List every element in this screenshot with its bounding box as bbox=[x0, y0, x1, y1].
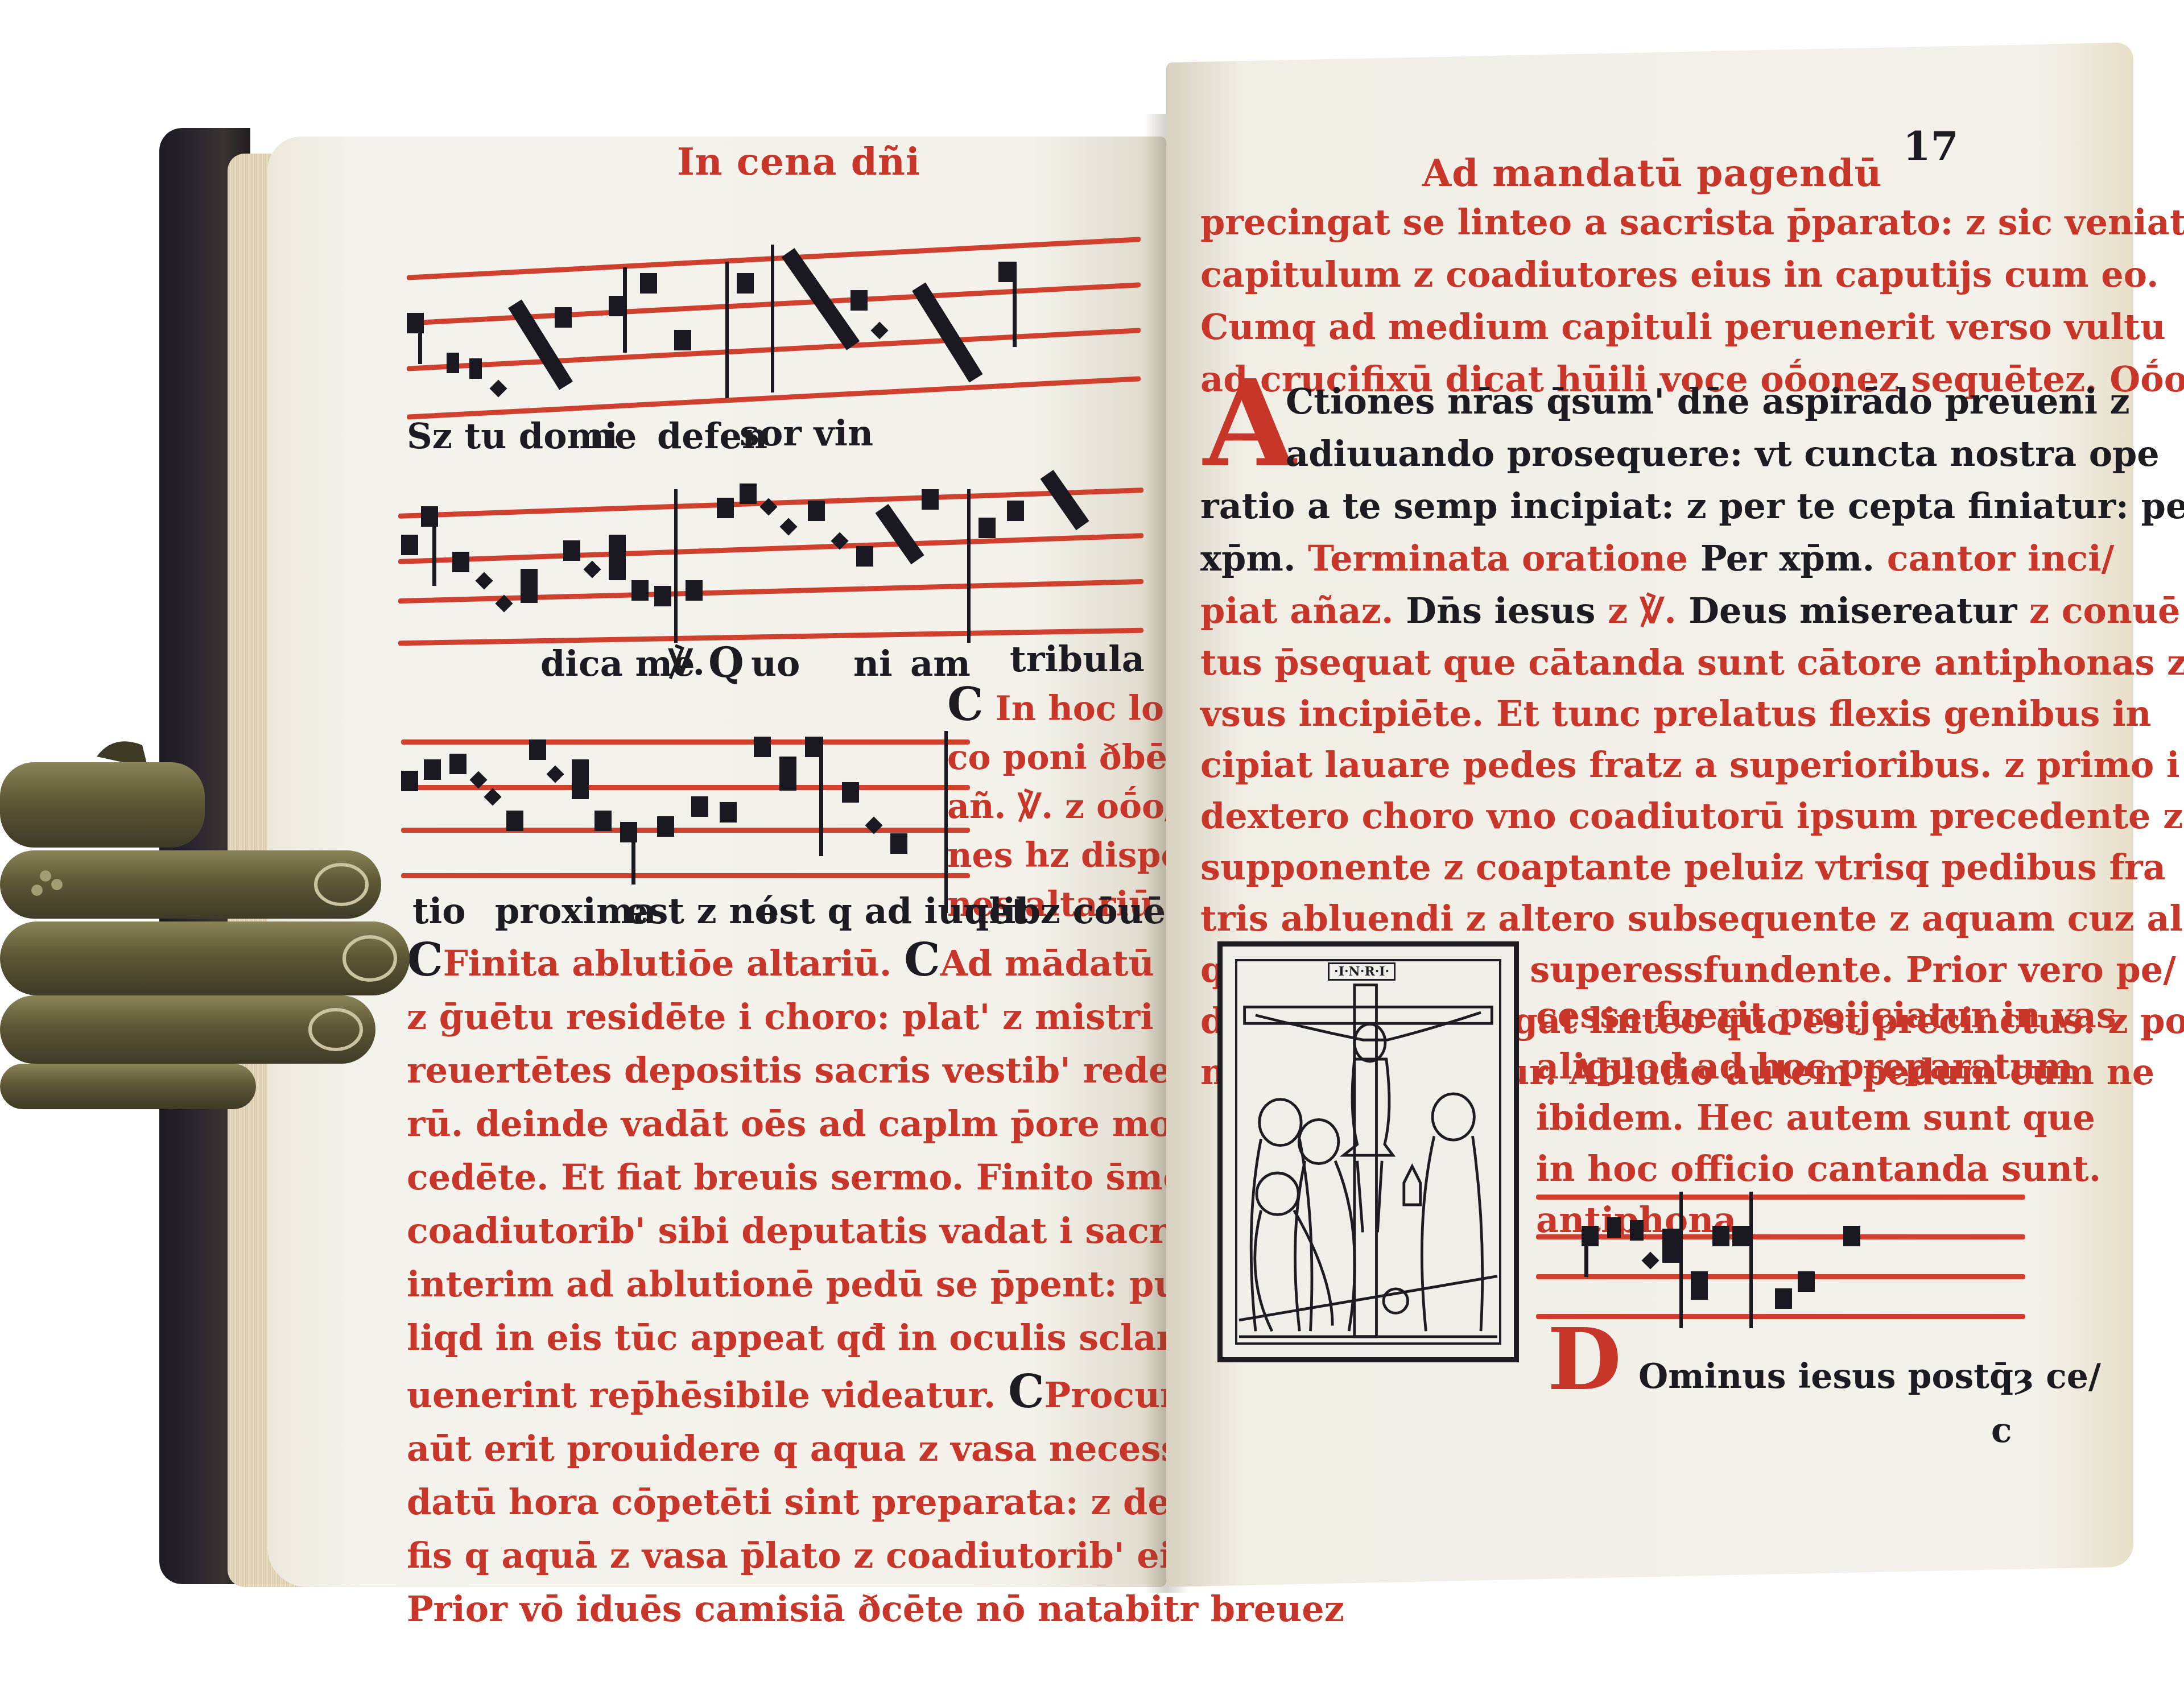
lyric-syllable: uo bbox=[751, 643, 800, 684]
rubric-text: piat añaz. bbox=[1200, 590, 1394, 631]
neume-stem bbox=[819, 737, 823, 856]
signature-mark: c bbox=[1991, 1411, 2012, 1450]
staff-line bbox=[401, 828, 970, 833]
division-bar bbox=[1749, 1192, 1753, 1328]
pilcrow-icon: C bbox=[407, 933, 443, 986]
neume bbox=[609, 535, 626, 580]
chant-staff-1 bbox=[407, 233, 1141, 421]
neume bbox=[1712, 1226, 1729, 1246]
staff-line bbox=[398, 579, 1143, 604]
neume bbox=[842, 782, 859, 803]
text-line: vsus incipiēte. Et tunc prelatus flexis … bbox=[1200, 688, 2184, 739]
text-line: capitulum z coadiutores eius in caputijs… bbox=[1200, 249, 2184, 301]
neume bbox=[594, 811, 612, 831]
neume-ligature bbox=[1041, 470, 1089, 530]
neume bbox=[851, 290, 868, 311]
lyric-syllable: sor vin bbox=[740, 412, 873, 454]
neume bbox=[1798, 1271, 1815, 1292]
division-bar bbox=[771, 245, 774, 392]
lyric-syllable: tio bbox=[412, 890, 466, 932]
neume-stem bbox=[631, 822, 635, 885]
lyric-syllable: Sz tu domi bbox=[407, 415, 618, 457]
neume bbox=[563, 540, 580, 561]
staff-line bbox=[401, 785, 970, 790]
folio-number: 17 bbox=[1903, 122, 1958, 170]
neume bbox=[979, 518, 996, 538]
lyric-syllable: ni bbox=[853, 643, 893, 684]
antiphon-staff bbox=[1536, 1186, 2025, 1323]
rubric-text: z ℣. bbox=[1608, 590, 1677, 631]
rubric-text: Terminata oratione bbox=[1308, 538, 1688, 579]
text-line: ibidem. Hec autem sunt que bbox=[1536, 1092, 2116, 1143]
brass-hand-clip bbox=[0, 722, 410, 1109]
rubric-text: z conuē bbox=[2029, 590, 2181, 631]
neume bbox=[1843, 1226, 1860, 1246]
neume bbox=[1775, 1288, 1792, 1309]
hand-clip-icon bbox=[0, 722, 410, 1109]
neume bbox=[808, 501, 825, 521]
decorated-initial-a: A bbox=[1203, 364, 1296, 483]
text-line: Finita ablutiōe altariū. bbox=[443, 943, 892, 984]
neume bbox=[631, 580, 649, 601]
text-line: aliquod ad hoc preparatum bbox=[1536, 1041, 2116, 1092]
lyric-syllable: ne bbox=[589, 415, 637, 457]
staff-line bbox=[1536, 1274, 2025, 1279]
division-bar bbox=[967, 489, 971, 643]
neume bbox=[555, 307, 572, 328]
neume bbox=[922, 489, 939, 510]
neume-stem bbox=[418, 313, 422, 364]
staff-line bbox=[401, 739, 970, 745]
text-line: Cumq ad medium capituli peruenerit verso… bbox=[1200, 301, 2184, 353]
pilcrow-icon: C bbox=[947, 677, 984, 731]
neume bbox=[654, 586, 671, 606]
chant-staff-2 bbox=[398, 466, 1143, 648]
staff-line bbox=[401, 873, 970, 878]
neume bbox=[691, 796, 708, 817]
lyric-syllable: est z nó bbox=[626, 890, 778, 932]
staff-line bbox=[1536, 1195, 2025, 1200]
right-opening-rubric: precingat se linteo a sacrista p̄parato:… bbox=[1200, 196, 2184, 406]
neume bbox=[1607, 1217, 1621, 1238]
neume-rhombus bbox=[546, 765, 564, 783]
neume bbox=[674, 330, 691, 350]
division-bar bbox=[674, 489, 678, 643]
text-line: ratio a te semp incipiat: z per te cepta… bbox=[1200, 480, 2184, 532]
neume-rhombus bbox=[779, 518, 797, 535]
neume bbox=[1732, 1226, 1749, 1246]
neume bbox=[401, 535, 418, 555]
neume bbox=[779, 757, 796, 791]
neume-stem bbox=[432, 506, 436, 586]
neume bbox=[717, 498, 734, 518]
text-line: Prior vō iduēs camisiā ðcēte nō natabitr… bbox=[407, 1582, 1429, 1636]
rubric-line: In hoc lo bbox=[996, 689, 1164, 729]
neume-rhombus bbox=[484, 788, 501, 805]
red-initial: Q bbox=[708, 638, 744, 687]
crucifixion-icon bbox=[1223, 947, 1514, 1353]
neume bbox=[754, 737, 771, 757]
neume bbox=[424, 759, 441, 780]
rubric-text: cantor inci/ bbox=[1887, 538, 2115, 579]
text-line: Per xp̄m. bbox=[1700, 538, 1875, 579]
neume-rhombus bbox=[489, 379, 507, 397]
neume-ligature bbox=[876, 504, 924, 564]
neume bbox=[447, 353, 459, 373]
text-line: cipiat lauare pedes fratz a superioribus… bbox=[1200, 739, 2184, 791]
neume bbox=[1662, 1229, 1679, 1263]
neume-stem bbox=[1584, 1226, 1588, 1277]
text-line: xp̄m. bbox=[1200, 538, 1296, 579]
text-line: dextero choro vno coadiutorū ipsum prece… bbox=[1200, 791, 2184, 842]
mixed-rubric-lines: xp̄m. Terminata oratione Per xp̄m. canto… bbox=[1200, 532, 2180, 637]
neume bbox=[686, 580, 703, 601]
text-line: uenerint rep̄hēsibile videatur. bbox=[407, 1374, 996, 1416]
neume-rhombus bbox=[870, 321, 888, 339]
neume bbox=[521, 569, 538, 603]
text-line: Ctiones nr̄as q̄sum' dn̄e aspirādo preue… bbox=[1286, 375, 2160, 428]
text-line: supponente z coaptante peluiz vtrisq ped… bbox=[1200, 842, 2184, 893]
neume bbox=[506, 811, 523, 831]
neume bbox=[740, 483, 757, 504]
neume bbox=[452, 552, 469, 572]
neume bbox=[1630, 1220, 1644, 1241]
text-line: adiuuando prosequere: vt cuncta nostra o… bbox=[1286, 428, 2160, 480]
neume bbox=[449, 754, 466, 774]
lyric-syllable: tribula bbox=[1010, 638, 1145, 680]
text-line: Dn̄s iesus bbox=[1406, 590, 1595, 631]
left-running-head: In cena dñi bbox=[677, 139, 920, 184]
neume bbox=[737, 273, 754, 294]
neume bbox=[1691, 1271, 1708, 1300]
text-line: Deus misereatur bbox=[1688, 590, 2017, 631]
neume-stem bbox=[1013, 262, 1017, 347]
collect-prayer-cont: ratio a te semp incipiat: z per te cepta… bbox=[1200, 480, 2184, 532]
crucifixion-woodcut: ·I·N·R·I· bbox=[1217, 941, 1519, 1362]
neume bbox=[720, 802, 737, 823]
pilcrow-icon: C bbox=[904, 933, 940, 986]
text-line: tus p̄sequat que cātanda sunt cātore ant… bbox=[1200, 637, 2184, 688]
division-bar bbox=[725, 262, 729, 398]
chant-staff-3 bbox=[401, 714, 970, 907]
neume bbox=[572, 759, 589, 799]
text-line: precingat se linteo a sacrista p̄parato:… bbox=[1200, 196, 2184, 249]
text-line: tris abluendi z altero subsequente z aqu… bbox=[1200, 893, 2184, 944]
right-running-head: Ad mandatū pagendū bbox=[1422, 151, 1882, 195]
neume bbox=[529, 739, 546, 760]
neume bbox=[469, 358, 482, 379]
collect-prayer: Ctiones nr̄as q̄sum' dn̄e aspirādo preue… bbox=[1286, 375, 2160, 480]
division-bar bbox=[1679, 1192, 1683, 1328]
neume-rhombus bbox=[1641, 1251, 1659, 1269]
neume bbox=[640, 273, 657, 294]
antiphon-text: Ominus iesus postq̄ȝ ce/ bbox=[1638, 1357, 2101, 1396]
neume bbox=[657, 816, 674, 837]
versicle-sign: ℣. bbox=[668, 642, 705, 683]
neume bbox=[890, 833, 907, 854]
red-initial-d: D bbox=[1547, 1317, 1621, 1402]
neume-rhombus bbox=[475, 572, 493, 589]
neume bbox=[1007, 501, 1024, 521]
neume-stem bbox=[623, 267, 627, 353]
neume-rhombus bbox=[583, 560, 601, 578]
pilcrow-icon: C bbox=[1008, 1365, 1044, 1418]
neume bbox=[856, 546, 873, 567]
text-line: cesse fuerit proijciatur in vas bbox=[1536, 990, 2116, 1041]
staff-line bbox=[398, 533, 1143, 564]
